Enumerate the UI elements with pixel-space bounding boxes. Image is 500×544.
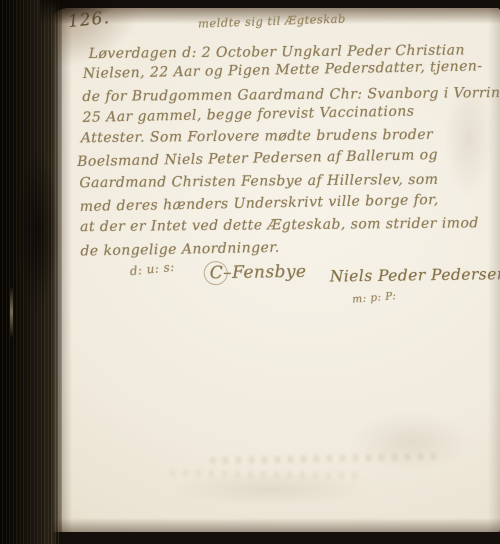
scanned-parish-register-page: 126. meldte sig til Ægteskab Løverdagen … [0, 0, 500, 544]
paper-page: 126. meldte sig til Ægteskab Løverdagen … [50, 8, 500, 532]
handwritten-record: Løverdagen d: 2 October Ungkarl Peder Ch… [48, 2, 500, 532]
signature-forlover-2: Niels Peder Pedersen [330, 265, 500, 285]
record-line: Boelsmand Niels Peter Pedersen af Baller… [77, 146, 438, 171]
record-line: Gaardmand Christen Fensbye af Hillerslev… [79, 171, 438, 192]
record-line: de kongelige Anordninger. [80, 239, 280, 261]
signature-annotation: m: p: P: [352, 290, 397, 306]
record-line: Attester. Som Forlovere mødte brudens br… [81, 126, 433, 147]
spine-scratch [10, 286, 13, 338]
record-line: at der er Intet ved dette Ægteskab, som … [80, 214, 479, 236]
record-line: 25 Aar gammel, begge forevist Vaccinatio… [82, 102, 414, 126]
record-line: med deres hænders Underskrivt ville borg… [80, 191, 439, 216]
signature-forlover-1: C–Fensbye [210, 262, 307, 283]
record-line: de for Brudgommen Gaardmand Chr: Svanbor… [82, 84, 500, 106]
closing-abbreviation: d: u: s: [129, 260, 175, 278]
